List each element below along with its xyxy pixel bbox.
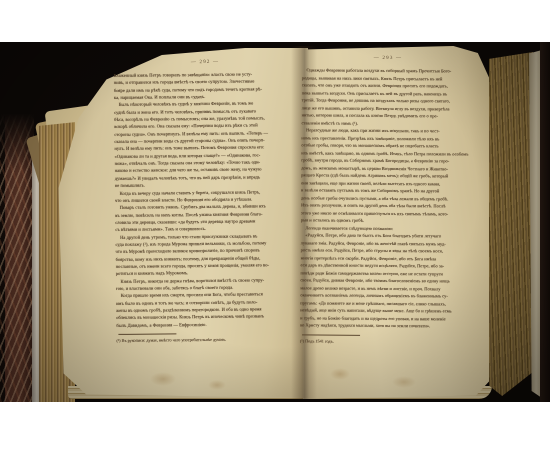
- foxing-stain: [208, 380, 226, 390]
- left-page-number: — 292 —: [114, 58, 297, 67]
- foxing-stain: [150, 372, 176, 386]
- right-book-cover: [540, 42, 550, 402]
- right-footnote: (¹) Подъ 1541 годъ.: [300, 338, 472, 344]
- text-line: былъ Давидомъ, а Феврония — Евфросиніею.: [116, 320, 299, 329]
- left-page-body: Блаженный князь Петръ говорилъ по завѣща…: [114, 70, 300, 329]
- right-page-body: Однажды Феврония работала воздухи въ соб…: [300, 66, 474, 330]
- right-page-number: — 293 —: [302, 54, 474, 62]
- right-page-edge-stack: [489, 52, 533, 396]
- right-page-text: — 293 — Однажды Феврония работала воздух…: [300, 54, 474, 344]
- left-page-text: — 292 — Блаженный князь Петръ говорилъ п…: [114, 58, 300, 343]
- right-footnote-rule: [302, 334, 360, 335]
- foxing-stain: [392, 376, 416, 388]
- text-line: ко Христу надѣяся, трудяхся мысльми, хот…: [300, 321, 472, 330]
- open-book-photo: — 292 — Блаженный князь Петръ говорилъ п…: [0, 42, 550, 402]
- left-footnote-rule: [118, 333, 176, 335]
- foxing-stain: [330, 368, 350, 380]
